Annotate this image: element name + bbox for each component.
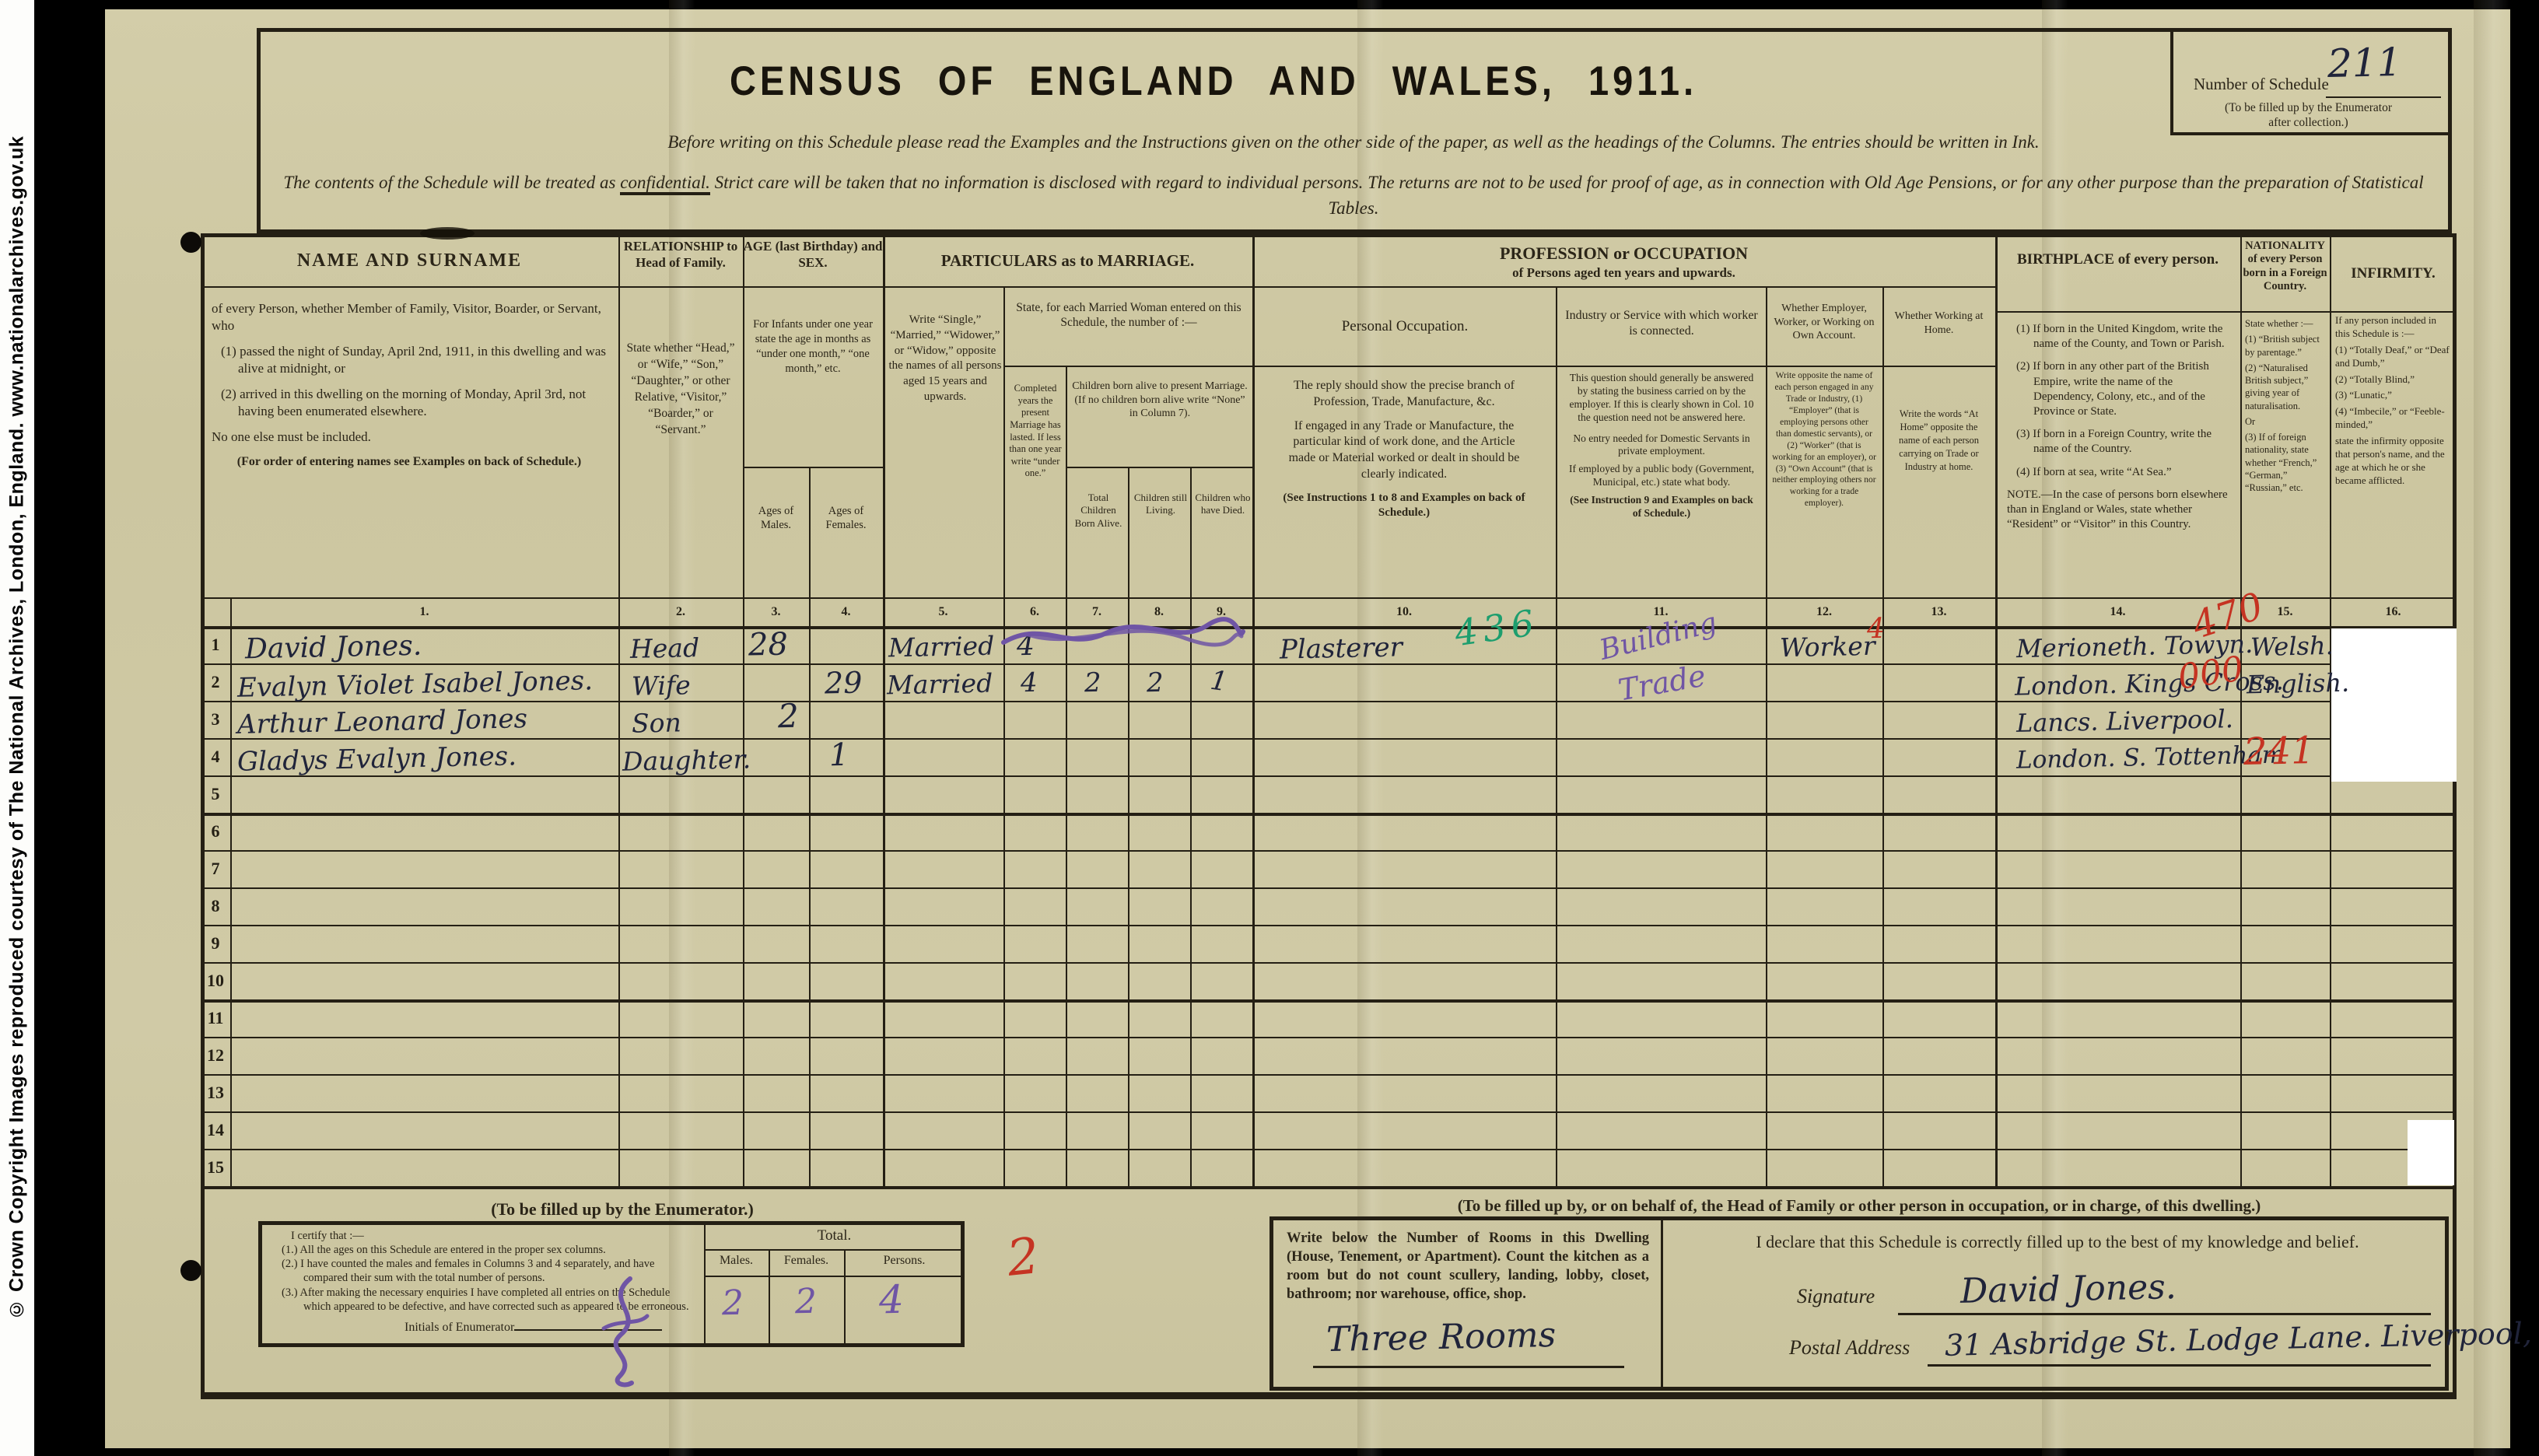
row-number: 12 [201,1037,230,1074]
entry-children-born: 2 [1084,667,1101,698]
entry-birthplace: Lancs. Liverpool. [2016,704,2234,738]
grid-line-horizontal [201,626,2457,629]
entry-relationship: Daughter. [622,744,751,776]
dwelling-heading: (To be filled up by, or on behalf of, th… [1268,1196,2450,1216]
grid-line-vertical [809,467,811,1186]
grid-line-vertical [1882,286,1884,1186]
row-line [201,1149,2457,1150]
ink-blot [420,227,475,240]
entry-children-living: 2 [1147,667,1164,698]
row-number: 13 [201,1074,230,1111]
grid-line-horizontal [743,467,883,468]
schedule-number-label: Number of Schedule [2194,75,2329,94]
row-number: 15 [201,1149,230,1186]
row-line [201,813,2457,816]
row-number: 10 [201,962,230,999]
grid-line-vertical [618,233,620,1186]
entry-relationship: Wife [632,670,691,702]
row-line [201,1074,2457,1076]
row-number: 4 [201,738,230,775]
row-number: 7 [201,850,230,887]
postal-address-label: Postal Address [1789,1336,1910,1360]
hole-punch-bottom [180,1260,201,1281]
col3-4-desc: For Infants under one year state the age… [747,317,879,376]
instruction-line-1: Before writing on this Schedule please r… [280,132,2427,152]
column-number: 4. [809,597,883,626]
row-number: 6 [201,813,230,850]
entry-employment-status: Worker [1780,631,1875,663]
col1-title: NAME AND SURNAME [201,249,618,272]
grid-line-horizontal [201,1392,2457,1399]
col15-desc: State whether :— (1) “British subject by… [2245,317,2326,494]
grid-line-horizontal [201,233,2457,237]
schedule-number-note: (To be filled up by the Enumerator after… [2178,101,2439,130]
col13-head: Whether Working at Home. [1885,310,1993,337]
row-line [201,850,2457,852]
entry-age: 1 [829,737,849,774]
persons-value: 4 [878,1277,904,1323]
col3-4-title: AGE (last Birthday) and SEX. [743,238,883,271]
schedule-number-line [2326,96,2441,98]
nationality-code-red: 241 [2243,729,2315,774]
redaction-box-corner [2408,1120,2454,1185]
grid-line-horizontal [201,286,1995,288]
entry-name: David Jones. [245,630,422,666]
enumerator-heading: (To be filled up by the Enumerator.) [257,1199,988,1220]
page-title: CENSUS OF ENGLAND AND WALES, 1911. [264,57,2163,105]
row-number: 9 [201,925,230,962]
grid-line-vertical [1556,286,1557,1186]
grid-line-vertical [1003,286,1005,1186]
column-number: 2. [618,597,743,626]
entry-occupation: Plasterer [1280,632,1403,665]
signature-line [1898,1313,2431,1315]
col8-subhead: Children still Living. [1133,492,1189,517]
males-value: 2 [721,1283,744,1324]
females-label: Females. [769,1254,844,1268]
entry-age: 2 [777,697,799,736]
col11-head: Industry or Service with which worker is… [1560,308,1763,339]
row-number: 3 [201,701,230,738]
row-line [201,738,2457,740]
col11-desc: This question should generally be answer… [1567,372,1756,528]
females-value: 2 [794,1282,817,1322]
column-number: 3. [743,597,809,626]
col10-head: Personal Occupation. [1256,317,1553,336]
total-line [704,1249,965,1251]
col10-desc: The reply should show the precise branch… [1280,378,1529,529]
crossed-out-scribble [997,611,1246,661]
entry-condition: Married [888,631,995,663]
col10-13-subtitle: of Persons aged ten years and upwards. [1252,264,1995,281]
col2-desc: State whether “Head,” or “Wife,” “Son,” … [624,341,737,439]
col13-desc: Write the words “At Home” opposite the n… [1890,408,1987,473]
declaration-text: I declare that this Schedule is correctl… [1684,1232,2431,1252]
married-woman-note: State, for each Married Woman entered on… [1010,300,1248,331]
grid-line-vertical [743,233,744,1186]
col6-desc: Completed years the present Marriage has… [1007,383,1064,480]
col15-title: NATIONALITY of every Person born in a Fo… [2240,240,2330,294]
red-annotation-number: 2 [1004,1227,1042,1288]
row-number: 2 [201,663,230,701]
enumerator-initials-scrawl [593,1274,655,1391]
signature-value: David Jones. [1959,1267,2177,1311]
column-number: 13. [1882,597,1995,626]
underlined-confidential: confidential. [620,173,710,195]
col5-9-title: PARTICULARS as to MARRIAGE. [883,250,1252,271]
col16-desc: If any person included in this Schedule … [2335,314,2452,488]
grid-line-vertical [1190,467,1192,1186]
entry-relationship: Son [632,707,682,738]
signature-label: Signature [1797,1285,1875,1308]
row-line [201,1037,2457,1038]
col5-desc: Write “Single,” “Married,” “Widower,” or… [888,313,1002,405]
entry-name: Gladys Evalyn Jones. [237,740,517,778]
entry-age: 28 [748,626,789,663]
grid-line-vertical [1766,286,1767,1186]
row-line [201,1111,2457,1113]
col1-desc: of every Person, whether Member of Famil… [212,300,607,470]
grid-line-vertical [1128,467,1129,1186]
instruction-line-2: The contents of the Schedule will be tre… [280,170,2427,222]
copyright-strip: © Crown Copyright Images reproduced cour… [0,0,34,1456]
entry-name: Arthur Leonard Jones [237,703,528,740]
grid-line-vertical [883,233,885,1186]
row-line [201,1186,2457,1189]
col14-desc: (1) If born in the United Kingdom, write… [2007,322,2229,532]
column-number: 12. [1766,597,1882,626]
total-labels-underline [704,1276,965,1277]
col7-subhead: Total Children Born Alive. [1070,492,1126,530]
col10-13-title: PROFESSION or OCCUPATION [1252,243,1995,264]
row-number: 1 [201,626,230,663]
schedule-number-value: 211 [2327,40,2402,86]
total-label: Total. [704,1227,965,1244]
row-number: 5 [201,775,230,813]
postal-address-line [1928,1364,2431,1367]
row-line [201,999,2457,1003]
col3-subhead: Ages of Males. [743,504,809,532]
row-number: 11 [201,999,230,1037]
grid-line-horizontal [1995,311,2457,313]
column-number: 1. [230,597,618,626]
paper-edge-shadow [2474,0,2509,1456]
row-number: 14 [201,1111,230,1149]
grid-line-vertical [1252,233,1255,1186]
col9-subhead: Children who have Died. [1195,492,1251,517]
col12-desc: Write opposite the name of each person e… [1771,370,1877,509]
persons-label: Persons. [844,1254,965,1268]
entry-nationality: English. [2247,668,2350,700]
census-1911-schedule-scan: © Crown Copyright Images reproduced cour… [0,0,2539,1456]
row-line [201,887,2457,889]
grid-line-vertical [230,597,232,1186]
col16-title: INFIRMITY. [2330,264,2457,283]
row-number: 8 [201,887,230,925]
grid-line-vertical [1995,233,1998,1186]
row-line [201,775,2457,777]
redaction-box-infirmity [2331,628,2457,782]
entry-relationship: Head [630,632,700,664]
row-line [201,962,2457,964]
rooms-value: Three Rooms [1326,1315,1556,1360]
dwelling-divider [1661,1216,1663,1391]
entry-condition: Married [887,668,993,701]
column-number: 16. [2330,597,2457,626]
hole-punch-top [180,232,201,253]
grid-line-horizontal [1003,366,1995,367]
col14-title: BIRTHPLACE of every person. [1995,250,2240,269]
rooms-underline [1313,1366,1624,1368]
entry-age: 29 [825,665,863,700]
row-line [201,925,2457,926]
status-code-red: 4 [1867,613,1886,645]
copyright-text: © Crown Copyright Images reproduced cour… [0,0,34,1456]
row-line [201,701,2457,702]
col2-title: RELATIONSHIP to Head of Family. [618,238,743,271]
children-note: Children born alive to present Marriage.… [1070,380,1249,421]
males-label: Males. [704,1254,769,1268]
rooms-instruction: Write below the Number of Rooms in this … [1287,1229,1649,1304]
column-number: 5. [883,597,1003,626]
entry-nationality: Welsh. [2250,631,2334,662]
entry-years-married: 4 [1021,667,1038,698]
grid-line-vertical [2240,233,2242,1186]
col12-head: Whether Employer, Worker, or Working on … [1768,302,1880,343]
col4-subhead: Ages of Females. [809,504,883,532]
grid-line-horizontal [1066,467,1252,468]
